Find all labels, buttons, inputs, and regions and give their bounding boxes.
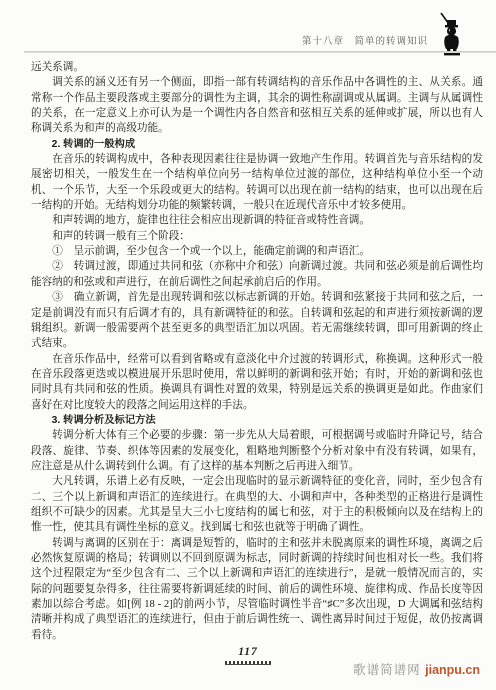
paragraph: 远关系调。 [31, 60, 483, 75]
body-text: 远关系调。 调关系的涵义还有另一个侧面，即指一部有转调结构的音乐作品中各调性的主… [0, 60, 496, 643]
header-divider [24, 51, 496, 53]
list-item-3: ③ 确立新调，首先是出现转调和弦以标志新调的开始。转调和弦紧接于共同和弦之后，一… [31, 290, 483, 351]
watermark-site-name: 歌谱简谱网 [353, 663, 425, 677]
paragraph: 在音乐作品中，经常可以看到省略或有意淡化中介过渡的转调形式，称换调。这种形式一般… [31, 352, 483, 413]
watermark-domain: jianpu.cn [425, 663, 480, 677]
conductor-icon [434, 12, 468, 56]
paragraph: 转调分析大体有三个必要的步骤：第一步先从大局着眼，可根据调号或临时升降记号，结合… [31, 428, 483, 474]
paragraph: 和声转调的地方，旋律也往往会相应出现新调的特征音或特性音调。 [31, 213, 483, 228]
page-header: 第十八章 简单的转调知识 [0, 0, 496, 52]
paragraph: 和声的转调一般有三个阶段： [31, 229, 483, 244]
paragraph: 大凡转调，乐谱上必有反映，一定会出现临时的显示新调特征的变化音，同时，至少包含有… [31, 474, 483, 535]
chapter-title: 第十八章 简单的转调知识 [302, 33, 428, 47]
page-number: 117 [0, 646, 496, 658]
paragraph: 在音乐的转调构成中，各种表现因素往往是协调一致地产生作用。转调首先与音乐结构的发… [31, 152, 483, 213]
book-page: 第十八章 简单的转调知识 远关系调。 调关系的涵义还有另一个侧面，即指一部有转调… [0, 0, 496, 690]
list-item-2: ② 转调过渡，即通过共同和弦（亦称中介和弦）向新调过渡。共同和弦必须是前后调性均… [31, 259, 483, 290]
section-heading: 2. 转调的一般构成 [31, 137, 483, 152]
paragraph: 调关系的涵义还有另一个侧面，即指一部有转调结构的音乐作品中各调性的主、从关系。通… [31, 75, 483, 136]
section-heading: 3. 转调分析及标记方法 [31, 413, 483, 428]
list-item-1: ① 呈示前调，至少包含一个或一个以上，能确定前调的和声语汇。 [31, 244, 483, 259]
site-watermark: 歌谱简谱网 jianpu.cn [353, 660, 480, 678]
imprint-micro-text [225, 661, 271, 665]
paragraph: 转调与离调的区别在于：离调是短暂的，临时的主和弦并未脱离原来的调性环境，离调之后… [31, 536, 483, 643]
